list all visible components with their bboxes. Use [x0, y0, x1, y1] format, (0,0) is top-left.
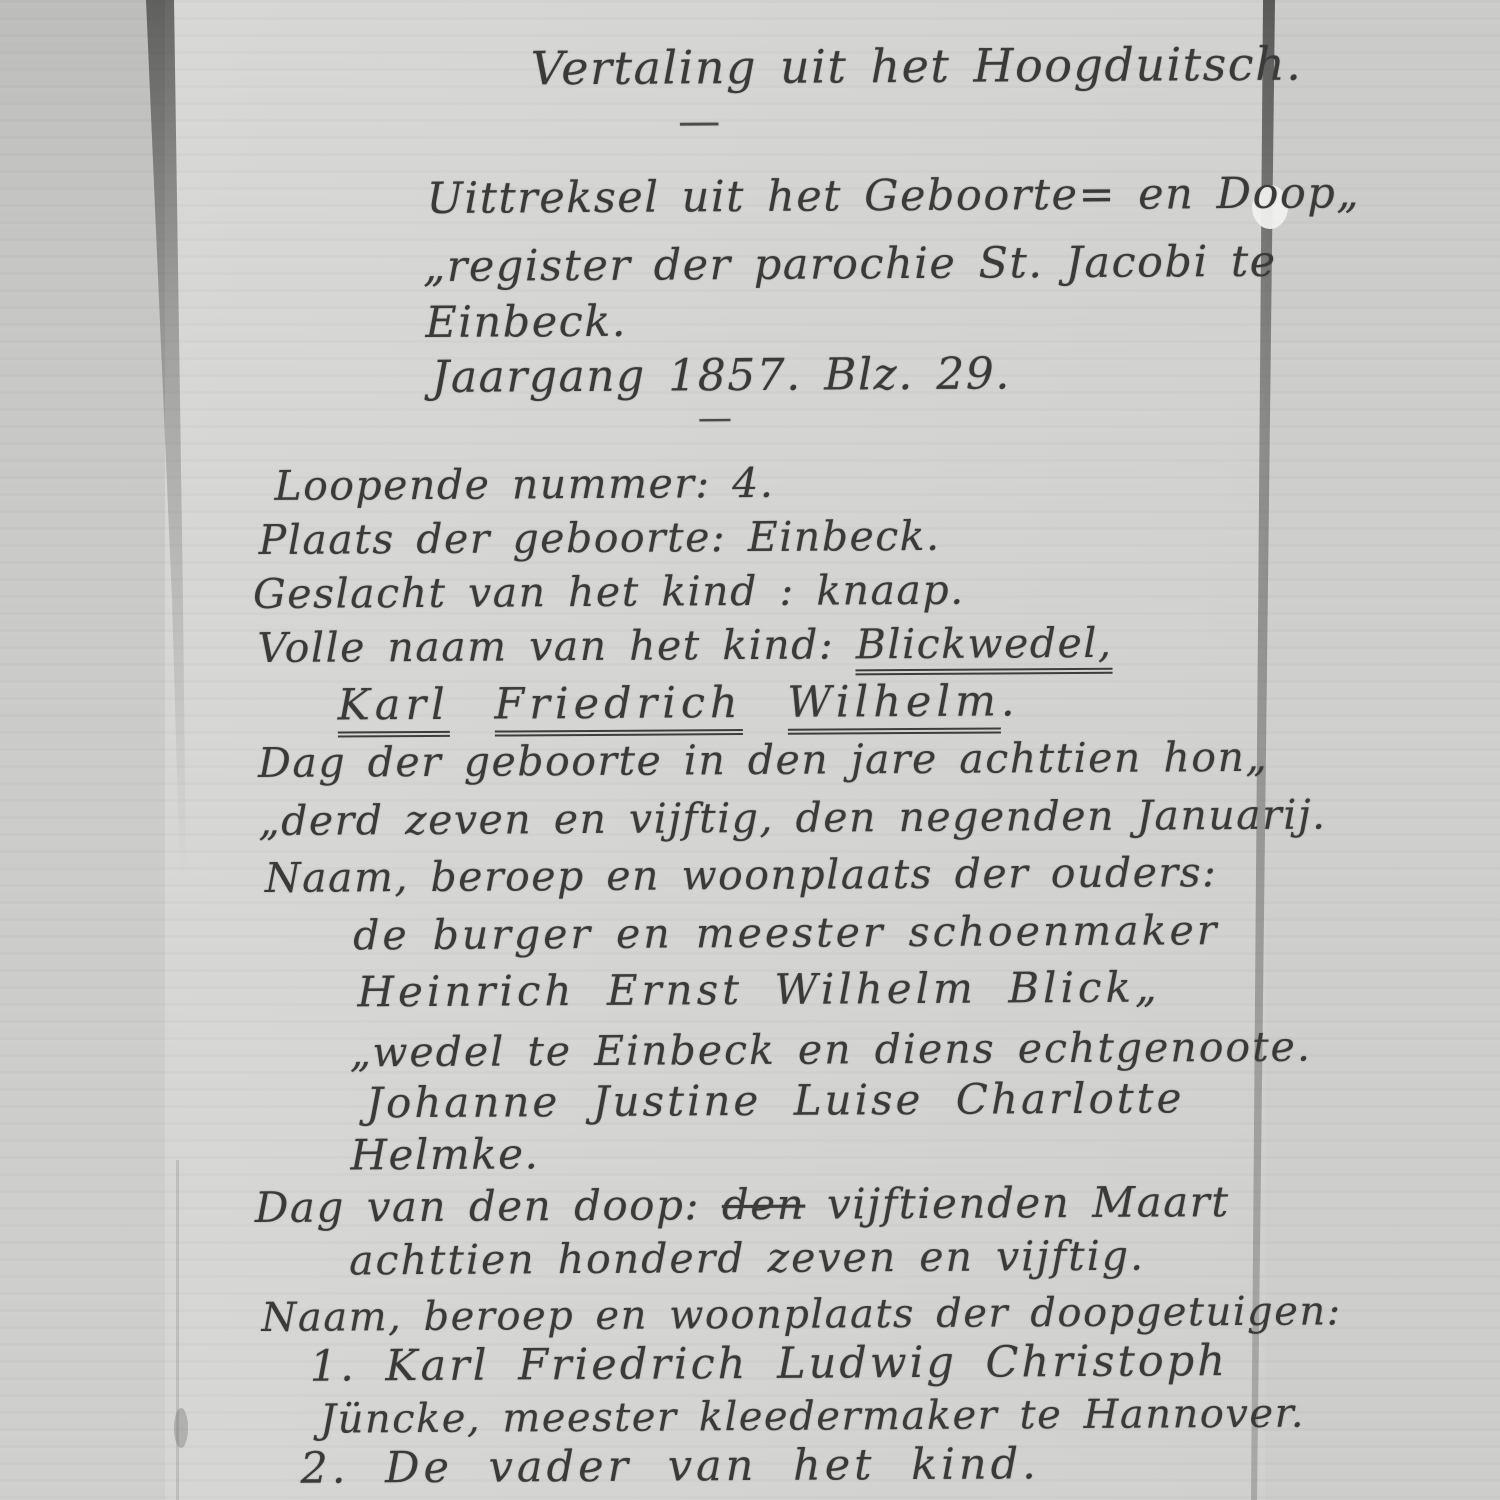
- record-line-birth-date-1: Dag der geboorte in den jare achttien ho…: [258, 733, 1268, 787]
- record-line-parents-label: Naam, beroep en woonplaats der ouders:: [265, 848, 1218, 902]
- record-line-baptism-date-2: achttien honderd zeven en vijftig.: [349, 1232, 1145, 1285]
- record-line-witness-1b: Jüncke, meester kleedermaker te Hannover…: [320, 1391, 1305, 1443]
- child-given-name-2: Friedrich: [494, 678, 743, 737]
- year-divider-dash: —: [698, 398, 732, 438]
- record-line-child-given-names: Karl Friedrich Wilhelm.: [338, 676, 1020, 730]
- running-number-value: 4.: [732, 459, 774, 507]
- record-line-parents-3: „wedel te Einbeck en diens echtgenoote.: [350, 1023, 1312, 1077]
- child-name-period: .: [1001, 676, 1020, 726]
- baptism-date-value: vijftienden Maart: [827, 1177, 1230, 1228]
- record-line-running-number: Loopende nummer: 4.: [274, 459, 774, 510]
- record-line-baptism-date: Dag van den doop: den vijftienden Maart: [255, 1177, 1230, 1232]
- record-line-child-sex: Geslacht van het kind : knaap.: [253, 566, 965, 618]
- year-page-line: Jaargang 1857. Blz. 29.: [432, 348, 1011, 403]
- baptism-date-struck-word: den: [722, 1180, 806, 1230]
- record-line-parents-5: Helmke.: [350, 1129, 539, 1179]
- record-line-witness-1a: 1. Karl Friedrich Ludwig Christoph: [310, 1336, 1228, 1392]
- handwritten-text-layer: Vertaling uit het Hoogduitsch. — Uittrek…: [0, 0, 1500, 1500]
- child-name-label: Volle naam van het kind:: [257, 620, 834, 672]
- birth-place-value: Einbeck.: [748, 512, 941, 561]
- birth-place-label: Plaats der geboorte:: [259, 513, 727, 564]
- title-line: Vertaling uit het Hoogduitsch.: [531, 37, 1303, 96]
- record-line-parents-1: de burger en meester schoenmaker: [353, 906, 1220, 959]
- record-line-child-name: Volle naam van het kind: Blickwedel,: [257, 619, 1112, 672]
- title-divider-dash: —: [678, 96, 720, 145]
- extract-heading-line-2: „register der parochie St. Jacobi te: [423, 237, 1277, 292]
- record-line-witness-2: 2. De vader van het kind.: [300, 1439, 1040, 1494]
- child-surname: Blickwedel,: [856, 619, 1113, 676]
- document-scan: Vertaling uit het Hoogduitsch. — Uittrek…: [0, 0, 1500, 1500]
- record-line-birth-place: Plaats der geboorte: Einbeck.: [259, 512, 941, 564]
- running-number-label: Loopende nummer:: [274, 459, 711, 510]
- baptism-date-label: Dag van den doop:: [255, 1180, 701, 1232]
- record-line-parents-2: Heinrich Ernst Wilhelm Blick„: [357, 962, 1161, 1016]
- child-given-name-3: Wilhelm: [787, 676, 1001, 734]
- record-line-birth-date-2: „derd zeven en vijftig, den negenden Jan…: [258, 790, 1326, 845]
- child-sex-value: knaap.: [816, 566, 965, 615]
- extract-heading-line-3: Einbeck.: [425, 297, 627, 348]
- child-given-name-1: Karl: [338, 680, 450, 738]
- extract-heading-line-1: Uittreksel uit het Geboorte= en Doop„: [426, 168, 1360, 224]
- child-sex-label: Geslacht van het kind :: [253, 567, 795, 618]
- record-line-parents-4: Johanne Justine Luise Charlotte: [366, 1073, 1185, 1127]
- record-line-witnesses-label: Naam, beroep en woonplaats der doopgetui…: [261, 1288, 1341, 1341]
